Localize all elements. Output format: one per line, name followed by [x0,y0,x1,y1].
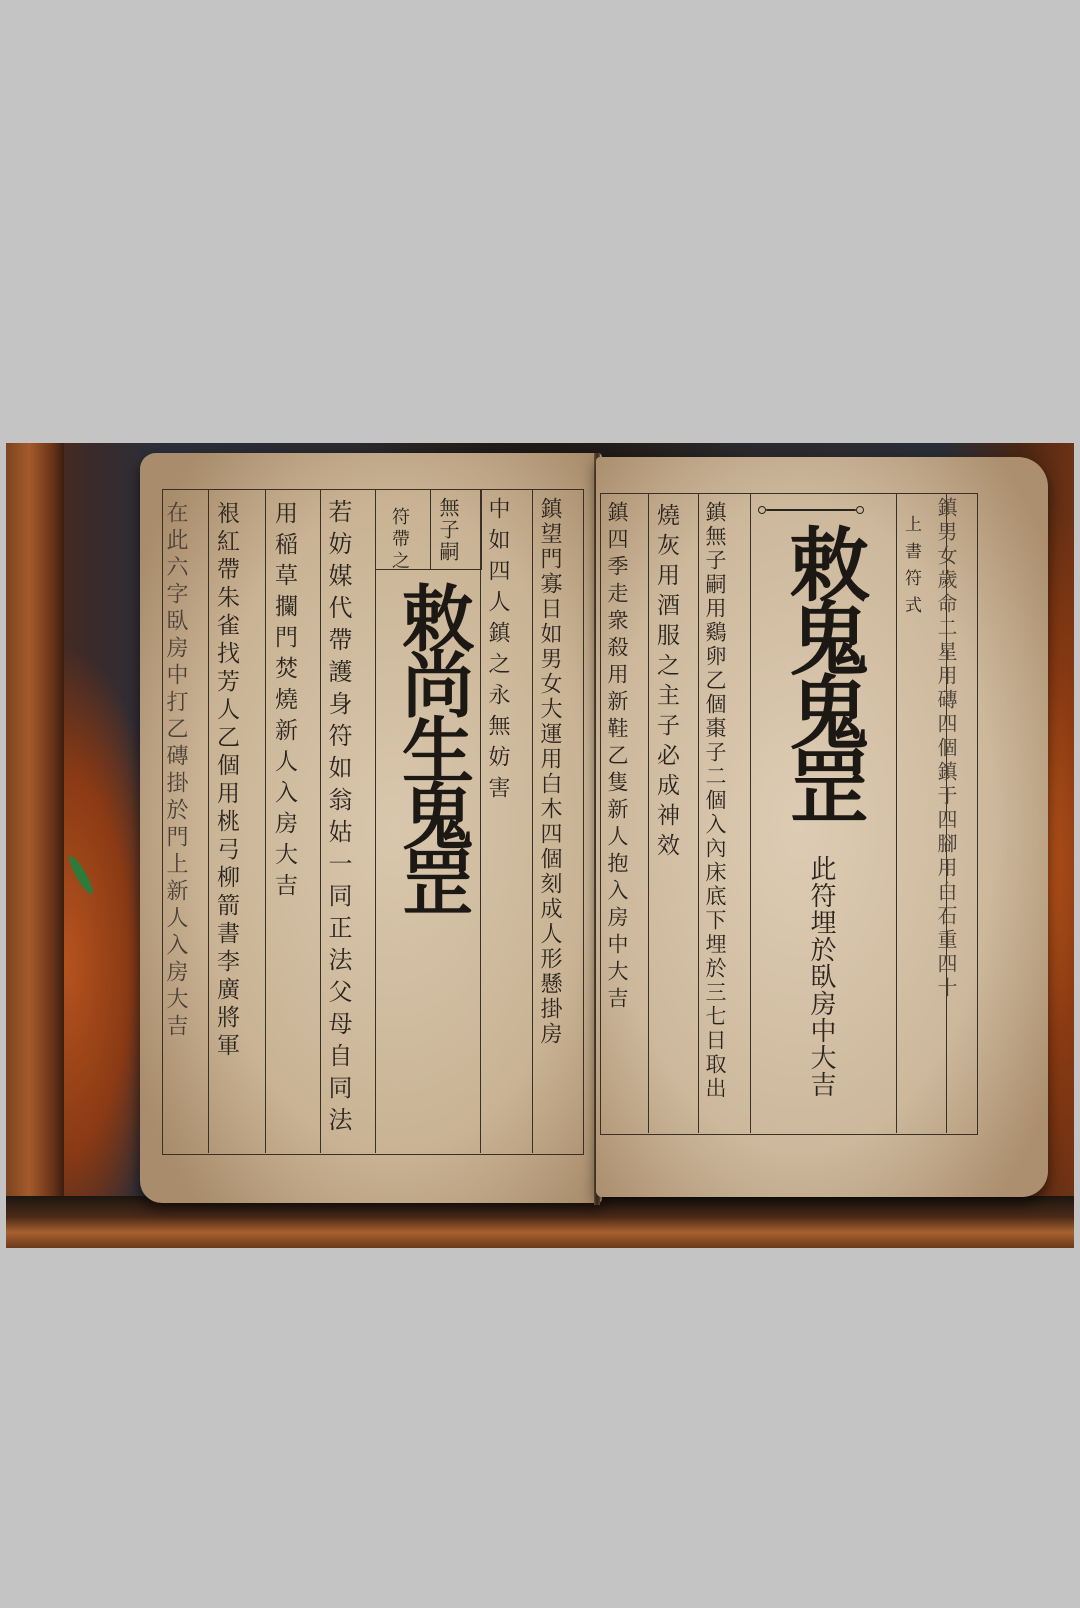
talisman-glyph: 敕尚生鬼罡 [380,581,484,1021]
text-column: 鎮四季走衆殺用新鞋乙隻新人抱入房中大吉 [606,501,627,1014]
text-column: 裉紅帶朱雀找芳人乙個用桃弓柳箭書李廣將軍 [214,501,237,1061]
text-column: 燒灰用酒服之主子必成神效 [654,503,677,863]
column-rule [208,489,209,1153]
text-column: 上書符式 [902,515,919,623]
column-rule [896,493,897,1133]
heading-box-divider [430,489,431,569]
text-column: 中如四人鎮之永無妨害 [486,497,508,807]
column-rule [750,493,751,1133]
wooden-surface-bottom [6,1196,1074,1248]
green-leaf-mark [66,853,97,896]
text-column: 若妨媒代帶護身符如翁姑一同正法父母自同法 [326,499,350,1139]
column-rule [320,489,321,1153]
text-column: 鎮無子嗣用鷄卵乙個棗子二個入內床底下埋於三七日取出 [704,501,725,1101]
right-page: 鎮男女歲命二星用磚四個鎮于四腳用白石重四十 上書符式 敕鬼鬼罡 此符埋於臥房中大… [596,457,1048,1197]
talisman-note: 此符埋於臥房中大吉 [808,855,834,1098]
talisman-ornament [766,509,856,511]
section-subheading: 符帶之 [390,507,408,573]
column-rule [532,489,533,1153]
left-page: 鎮望門寡日如男女大運用白木四個刻成人形懸掛房 中如四人鎮之永無妨害 無子嗣 符帶… [140,453,602,1203]
manuscript-photo: 鎮望門寡日如男女大運用白木四個刻成人形懸掛房 中如四人鎮之永無妨害 無子嗣 符帶… [6,443,1074,1248]
column-rule [698,493,699,1133]
text-column: 在此六字臥房中打乙磚掛於門上新人入房大吉 [164,501,186,1041]
wooden-surface-left [6,443,64,1248]
text-column: 用稲草攔門焚燒新人入房大吉 [272,501,295,904]
section-heading: 無子嗣 [438,497,458,563]
text-column: 鎮男女歲命二星用磚四個鎮于四腳用白石重四十 [936,497,956,1187]
column-rule [265,489,266,1153]
column-rule [375,489,376,1153]
column-rule [648,493,649,1133]
text-column: 鎮望門寡日如男女大運用白木四個刻成人形懸掛房 [538,497,560,1147]
talisman-glyph: 敕鬼鬼罡 [766,523,881,883]
